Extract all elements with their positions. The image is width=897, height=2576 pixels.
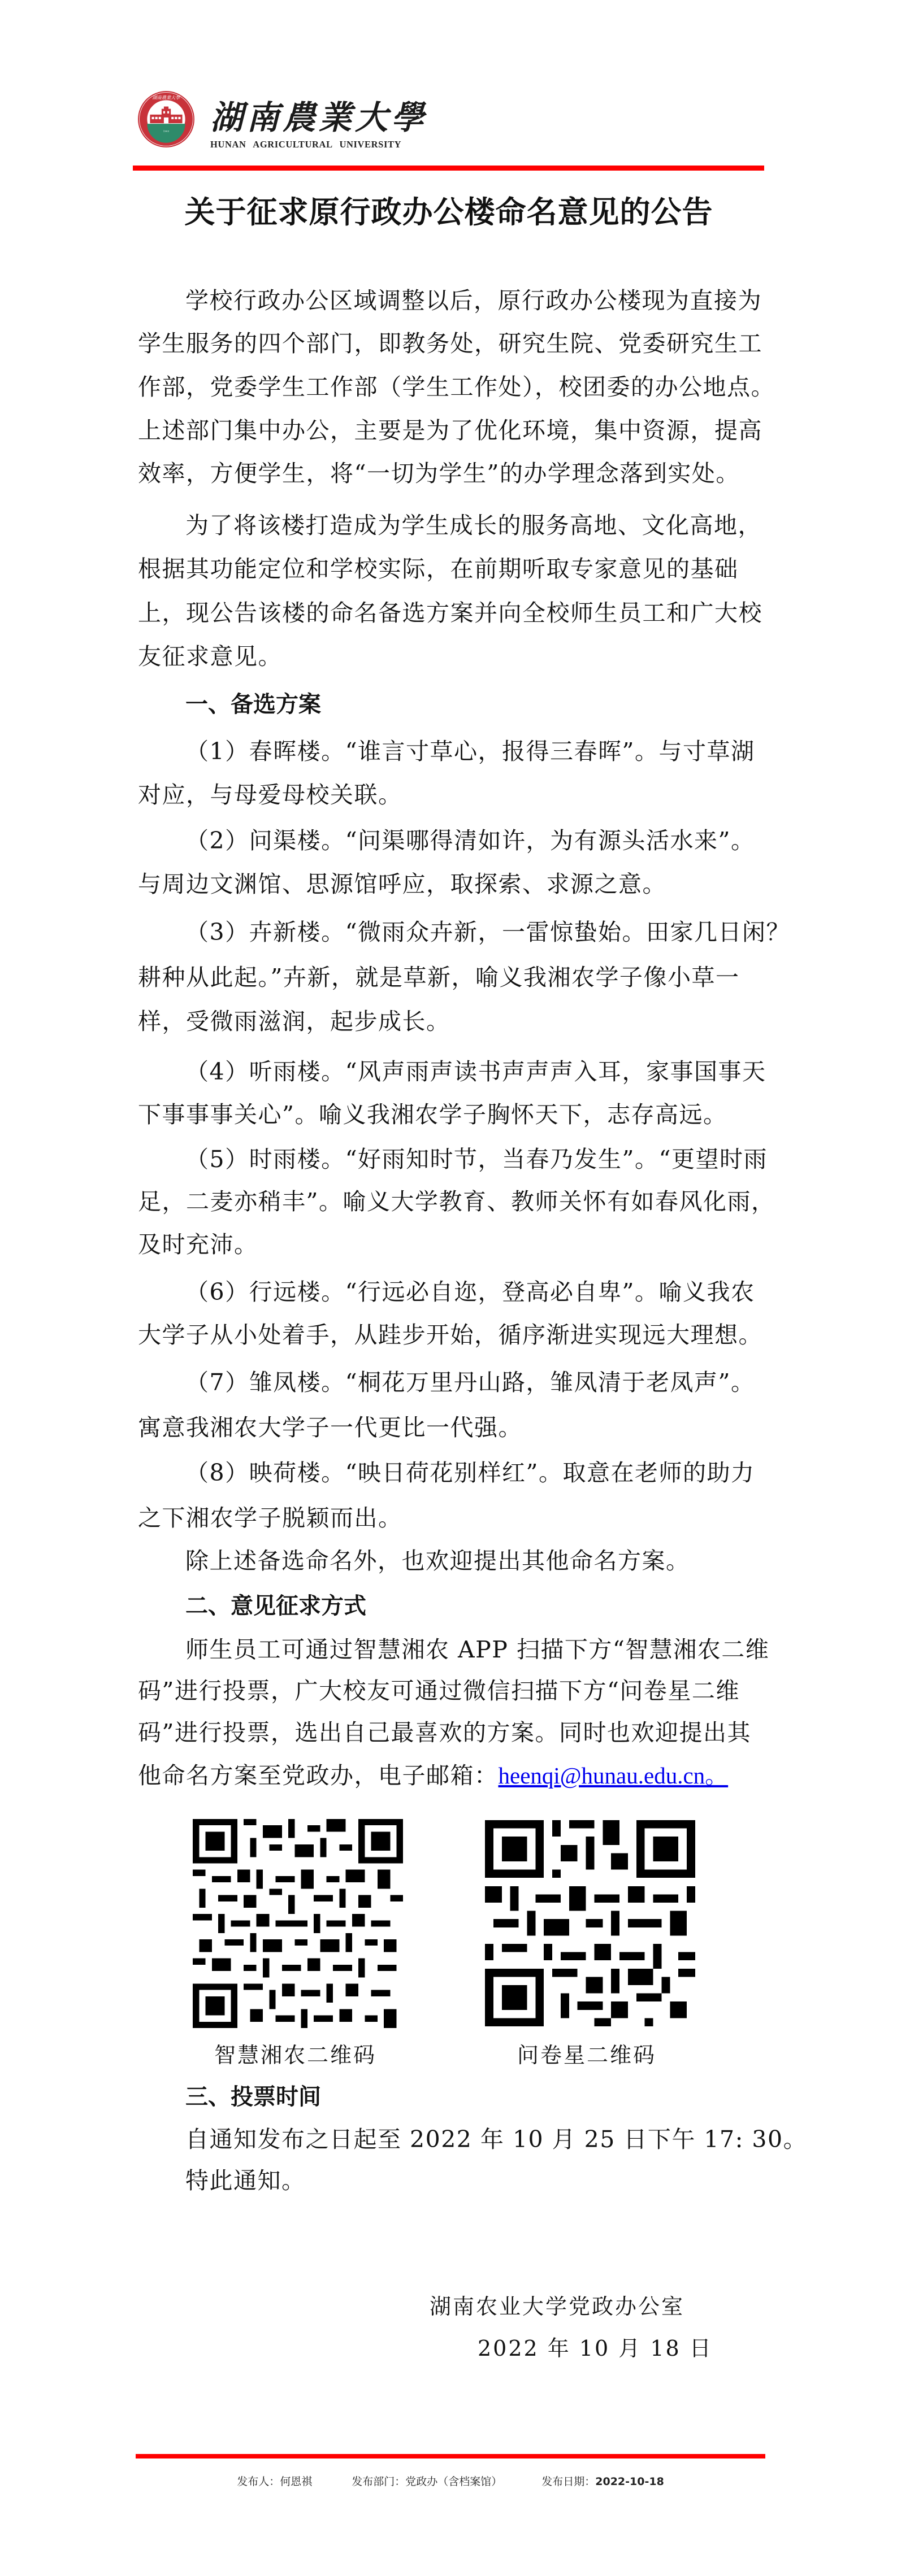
text-line: 样，受微雨滋润，起步成长。 <box>138 1007 765 1035</box>
department-label: 发布部门： <box>352 2475 405 2488</box>
university-name-calligraphy: 湖南農業大學 <box>210 97 419 138</box>
text-line: 对应，与母爱母校关联。 <box>138 781 765 809</box>
university-seal-logo: 1903 湖南農業大學 <box>137 90 195 148</box>
text-line: 耕种从此起。”卉新，就是草新，喻义我湘农学子像小草一 <box>138 963 765 991</box>
date-value: 2022-10-18 <box>595 2475 664 2488</box>
qr-code-zhihui-xiangnong[interactable] <box>193 1819 403 2028</box>
text-line: 上述部门集中办公，主要是为了优化环境，集中资源，提高 <box>138 416 765 445</box>
text-line: 下事事事关心”。喻义我湘农学子胸怀天下，志存高远。 <box>138 1100 765 1129</box>
svg-text:湖南農業大學: 湖南農業大學 <box>153 94 181 100</box>
text-line: （8）映荷楼。“映日荷花别样红”。取意在老师的助力 <box>185 1459 813 1487</box>
text-line: 根据其功能定位和学校实际，在前期听取专家意见的基础 <box>138 555 765 583</box>
signature-office: 湖南农业大学党政办公室 <box>430 2293 684 2320</box>
qr-code-wenjuanxing[interactable] <box>485 1820 695 2026</box>
text-line: 上，现公告该楼的命名备选方案并向全校师生员工和广大校 <box>138 599 765 627</box>
footer-department: 发布部门：党政办（含档案馆） <box>352 2473 502 2490</box>
section-heading-options: 一、备选方案 <box>185 690 321 719</box>
footer-date: 发布日期：2022-10-18 <box>541 2473 664 2490</box>
footer-meta: 发布人：何恩祺 发布部门：党政办（含档案馆） 发布日期：2022-10-18 <box>136 2473 765 2490</box>
text-line: 为了将该楼打造成为学生成长的服务高地、文化高地， <box>185 511 813 539</box>
text-line: 码”进行投票，广大校友可通过微信扫描下方“问卷星二维 <box>138 1677 765 1705</box>
qr-caption-zhihui-xiangnong: 智慧湘农二维码 <box>214 2042 376 2069</box>
svg-text:1903: 1903 <box>163 129 170 132</box>
text-line: （2）问渠楼。“问渠哪得清如许，为有源头活水来”。 <box>185 826 813 855</box>
text-line: （6）行远楼。“行远必自迩，登高必自卑”。喻义我农 <box>185 1278 813 1306</box>
text-line: 作部，党委学生工作部（学生工作处），校团委的办公地点。 <box>138 373 765 401</box>
page-title: 关于征求原行政办公楼命名意见的公告 <box>133 189 764 234</box>
text-line: 师生员工可通过智慧湘农 APP 扫描下方“智慧湘农二维 <box>185 1635 813 1664</box>
publisher-value: 何恩祺 <box>280 2475 312 2488</box>
other-names-note: 除上述备选命名外，也欢迎提出其他命名方案。 <box>185 1547 813 1575</box>
text-line: （7）雏凤楼。“桐花万里丹山路，雏凤清于老凤声”。 <box>185 1368 813 1396</box>
text-line: 之下湘农学子脱颖而出。 <box>138 1504 765 1532</box>
text-line: 与周边文渊馆、思源馆呼应，取探索、求源之意。 <box>138 870 765 898</box>
text-line: 学校行政办公区域调整以后，原行政办公楼现为直接为 <box>185 286 813 315</box>
text-line: 寓意我湘农大学子一代更比一代强。 <box>138 1413 765 1442</box>
text-line: 大学子从小处着手，从跬步开始，循序渐进实现远大理想。 <box>138 1321 765 1349</box>
text-line: 他命名方案至党政办，电子邮箱：heenqi@hunau.edu.cn。 <box>138 1761 765 1790</box>
qr-code-icon <box>485 1820 695 2026</box>
text-line: 友征求意见。 <box>138 642 765 671</box>
text-segment: 他命名方案至党政办，电子邮箱： <box>138 1762 499 1789</box>
text-line: （5）时雨楼。“好雨知时节，当春乃发生”。“更望时雨 <box>185 1145 813 1173</box>
qr-code-icon <box>193 1819 403 2028</box>
footer-divider <box>136 2454 765 2458</box>
text-line: （1）春晖楼。“谁言寸草心，报得三春晖”。与寸草湖 <box>185 737 813 765</box>
text-line: 学生服务的四个部门，即教务处，研究生院、党委研究生工 <box>138 329 765 358</box>
section-heading-vote-time: 三、投票时间 <box>185 2083 321 2111</box>
signature-date: 2022 年 10 月 18 日 <box>478 2335 713 2362</box>
university-name-english: HUNAN AGRICULTURAL UNIVERSITY <box>210 139 419 150</box>
seal-icon: 1903 湖南農業大學 <box>137 90 195 148</box>
text-line: 及时充沛。 <box>138 1230 765 1259</box>
vote-time-text: 自通知发布之日起至 2022 年 10 月 25 日下午 17: 30。 <box>185 2125 813 2153</box>
section-heading-feedback: 二、意见征求方式 <box>185 1592 366 1620</box>
text-line: 效率，方便学生，将“一切为学生”的办学理念落到实处。 <box>138 459 765 488</box>
text-line: （4）听雨楼。“风声雨声读书声声声入耳，家事国事天 <box>185 1058 813 1086</box>
text-line: （3）卉新楼。“微雨众卉新，一雷惊蛰始。田家几日闲？ <box>185 918 813 946</box>
department-value: 党政办（含档案馆） <box>405 2475 502 2488</box>
closing-text: 特此通知。 <box>185 2166 813 2195</box>
header-divider <box>133 166 764 171</box>
footer-publisher: 发布人：何恩祺 <box>237 2473 312 2490</box>
email-link[interactable]: heenqi@hunau.edu.cn。 <box>499 1763 729 1789</box>
qr-caption-wenjuanxing: 问卷星二维码 <box>517 2042 656 2069</box>
date-label: 发布日期： <box>541 2475 595 2488</box>
publisher-label: 发布人： <box>237 2475 280 2488</box>
text-line: 码”进行投票，选出自己最喜欢的方案。同时也欢迎提出其 <box>138 1718 765 1747</box>
text-line: 足，二麦亦稍丰”。喻义大学教育、教师关怀有如春风化雨， <box>138 1187 765 1216</box>
